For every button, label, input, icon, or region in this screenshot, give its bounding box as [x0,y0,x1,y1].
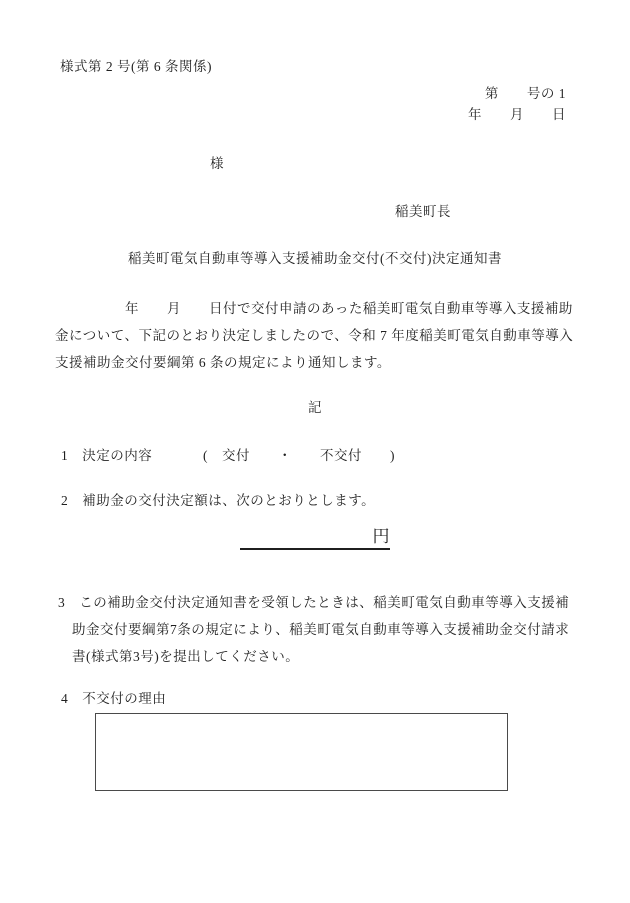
item-3-line: 3 この補助金交付決定通知書を受領したときは、稲美町電気自動車等導入支援補 [58,595,569,610]
amount-unit-label: 円 [373,527,391,546]
document-title: 稲美町電気自動車等導入支援補助金交付(不交付)決定通知書 [0,251,630,266]
amount-underline-field: 円 [240,526,390,550]
item-3-line: 書(様式第3号)を提出してください。 [72,649,299,664]
issue-date: 年 月 日 [468,107,566,122]
document-page: 様式第 2 号(第 6 条関係) 第 号の 1 年 月 日 様 稲美町長 稲美町… [0,0,630,903]
addressee-honorific: 様 [210,156,224,171]
paragraph-line: 支援補助金交付要綱第 6 条の規定により通知します。 [55,355,391,370]
paragraph-line: 年 月 日付で交付申請のあった稲美町電気自動車等導入支援補助 [55,301,573,316]
item-2-label: 2 補助金の交付決定額は、次のとおりとします。 [61,493,375,508]
item-3-line: 助金交付要綱第7条の規定により、稲美町電気自動車等導入支援補助金交付請求 [72,622,569,637]
form-number: 様式第 2 号(第 6 条関係) [60,59,212,74]
item-1-label: 1 決定の内容 [61,448,152,463]
paragraph-line: 金について、下記のとおり決定しましたので、令和 7 年度稲美町電気自動車等導入 [55,328,573,343]
non-grant-reason-box [95,713,508,791]
item-4-label: 4 不交付の理由 [61,691,166,706]
record-marker: 記 [0,400,630,415]
issue-number: 第 号の 1 [485,86,566,101]
sender-title: 稲美町長 [395,204,451,219]
item-1-options: ( 交付 ・ 不交付 ) [203,448,395,463]
